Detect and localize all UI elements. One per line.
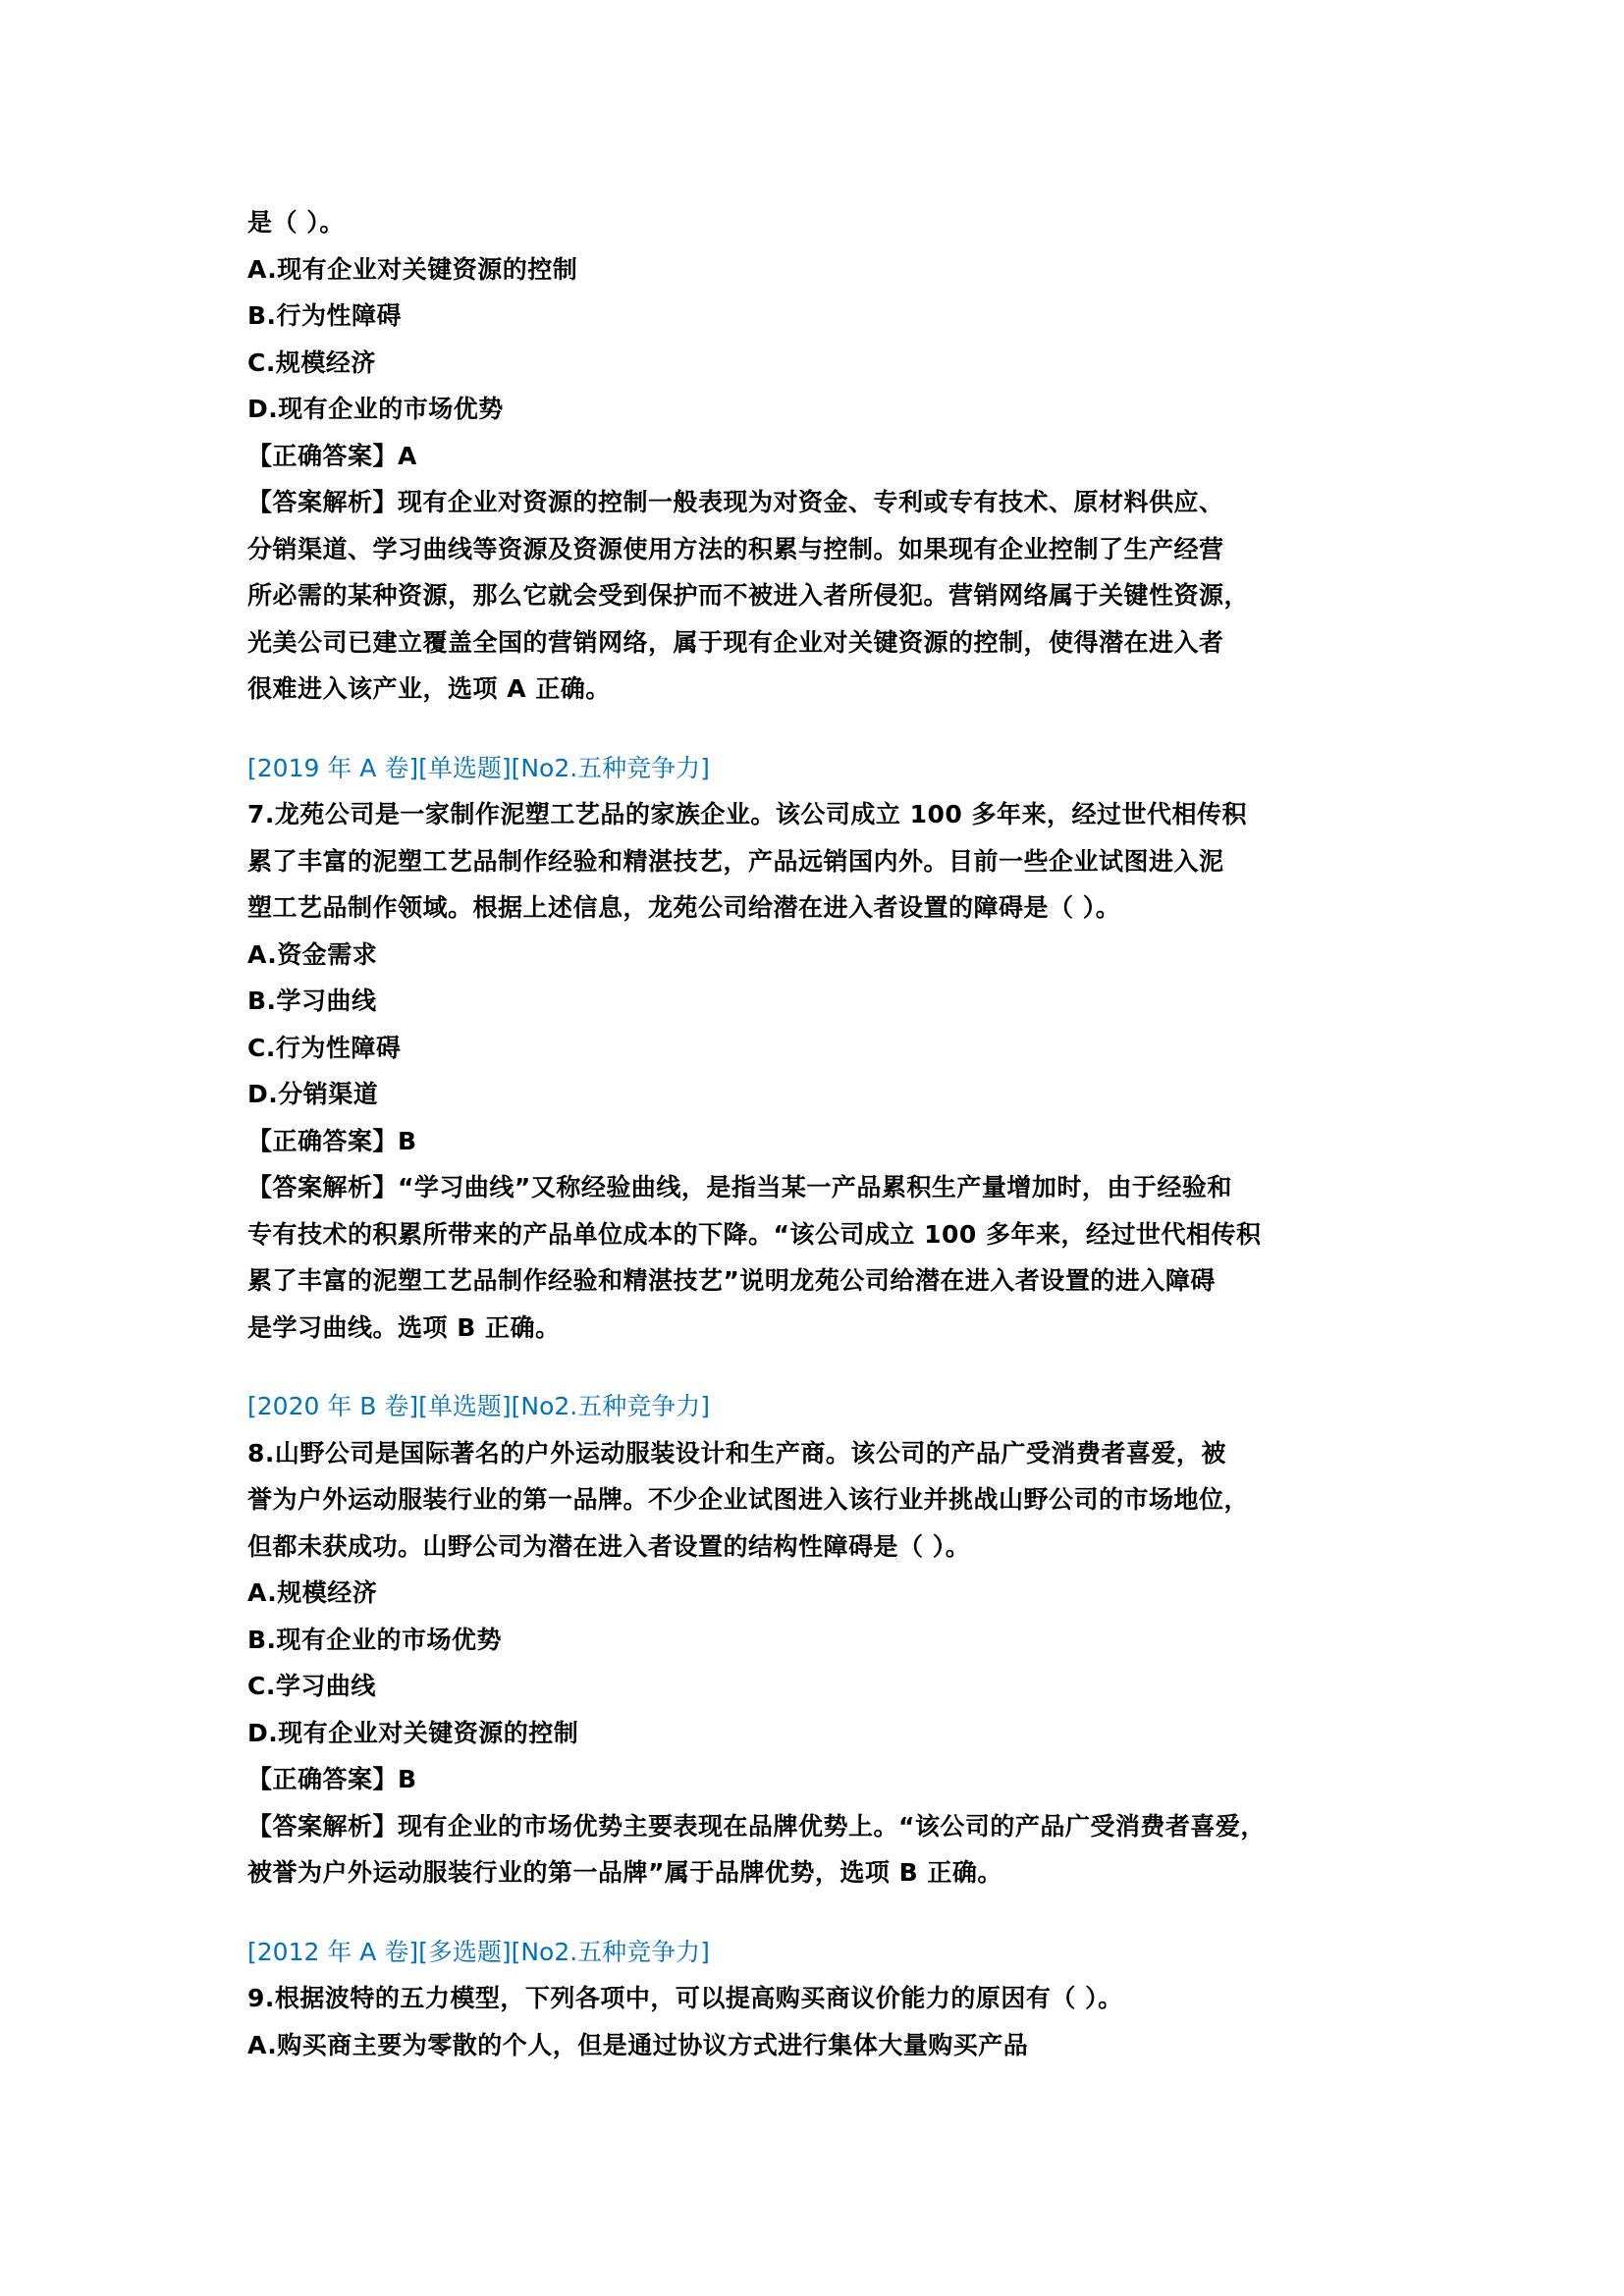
question-9: [2012 年 A 卷][多选题][No2.五种竞争力] 9.根据波特的五力模型…	[247, 1929, 1396, 2069]
question-tag: [2019 年 A 卷][单选题][No2.五种竞争力]	[247, 745, 1396, 792]
option-b: B.行为性障碍	[247, 293, 1396, 340]
spacer	[247, 1351, 1396, 1383]
option-a: A.资金需求	[247, 932, 1396, 979]
document-page: 是（ ）。 A.现有企业对关键资源的控制 B.行为性障碍 C.规模经济 D.现有…	[247, 199, 1396, 2068]
option-d: D.分销渠道	[247, 1071, 1396, 1118]
option-b: B.现有企业的市场优势	[247, 1617, 1396, 1664]
question-stem-line: 7.龙苑公司是一家制作泥塑工艺品的家族企业。该公司成立 100 多年来，经过世代…	[247, 791, 1396, 838]
question-stem-line: 塑工艺品制作领域。根据上述信息，龙苑公司给潜在进入者设置的障碍是（ ）。	[247, 884, 1396, 932]
question-stem-line: 9.根据波特的五力模型，下列各项中，可以提高购买商议价能力的原因有（ ）。	[247, 1975, 1396, 2022]
question-stem-line: 誉为户外运动服装行业的第一品牌。不少企业试图进入该行业并挑战山野公司的市场地位，	[247, 1476, 1396, 1523]
option-d: D.现有企业对关键资源的控制	[247, 1710, 1396, 1757]
question-7: [2019 年 A 卷][单选题][No2.五种竞争力] 7.龙苑公司是一家制作…	[247, 745, 1396, 1352]
option-b: B.学习曲线	[247, 978, 1396, 1025]
question-tag: [2020 年 B 卷][单选题][No2.五种竞争力]	[247, 1383, 1396, 1430]
explanation-line: 专有技术的积累所带来的产品单位成本的下降。“该公司成立 100 多年来，经过世代…	[247, 1211, 1396, 1258]
option-c: C.规模经济	[247, 340, 1396, 387]
explanation-line: 是学习曲线。选项 B 正确。	[247, 1305, 1396, 1352]
option-a: A.购买商主要为零散的个人，但是通过协议方式进行集体大量购买产品	[247, 2022, 1396, 2069]
explanation-line: 光美公司已建立覆盖全国的营销网络，属于现有企业对关键资源的控制，使得潜在进入者	[247, 619, 1396, 667]
question-stem-line: 8.山野公司是国际著名的户外运动服装设计和生产商。该公司的产品广受消费者喜爱，被	[247, 1430, 1396, 1477]
explanation-line: 【答案解析】现有企业的市场优势主要表现在品牌优势上。“该公司的产品广受消费者喜爱…	[247, 1803, 1396, 1850]
question-stem-line: 累了丰富的泥塑工艺品制作经验和精湛技艺，产品远销国内外。目前一些企业试图进入泥	[247, 838, 1396, 885]
question-tag: [2012 年 A 卷][多选题][No2.五种竞争力]	[247, 1929, 1396, 1976]
explanation-line: 很难进入该产业，选项 A 正确。	[247, 666, 1396, 713]
option-a: A.规模经济	[247, 1570, 1396, 1617]
explanation-line: 所必需的某种资源，那么它就会受到保护而不被进入者所侵犯。营销网络属于关键性资源，	[247, 572, 1396, 619]
correct-answer: 【正确答案】B	[247, 1118, 1396, 1165]
option-a: A.现有企业对关键资源的控制	[247, 246, 1396, 294]
question-stem-tail: 是（ ）。	[247, 199, 1396, 246]
option-c: C.行为性障碍	[247, 1025, 1396, 1072]
correct-answer: 【正确答案】A	[247, 433, 1396, 480]
question-8: [2020 年 B 卷][单选题][No2.五种竞争力] 8.山野公司是国际著名…	[247, 1383, 1396, 1896]
explanation-line: 累了丰富的泥塑工艺品制作经验和精湛技艺”说明龙苑公司给潜在进入者设置的进入障碍	[247, 1257, 1396, 1305]
option-d: D.现有企业的市场优势	[247, 386, 1396, 433]
option-c: C.学习曲线	[247, 1663, 1396, 1710]
question-6-continued: 是（ ）。 A.现有企业对关键资源的控制 B.行为性障碍 C.规模经济 D.现有…	[247, 199, 1396, 713]
spacer	[247, 1896, 1396, 1929]
explanation-line: 【答案解析】“学习曲线”又称经验曲线，是指当某一产品累积生产量增加时，由于经验和	[247, 1164, 1396, 1211]
spacer	[247, 713, 1396, 745]
correct-answer: 【正确答案】B	[247, 1756, 1396, 1803]
explanation-line: 分销渠道、学习曲线等资源及资源使用方法的积累与控制。如果现有企业控制了生产经营	[247, 526, 1396, 573]
explanation-line: 被誉为户外运动服装行业的第一品牌”属于品牌优势，选项 B 正确。	[247, 1849, 1396, 1896]
explanation-line: 【答案解析】现有企业对资源的控制一般表现为对资金、专利或专有技术、原材料供应、	[247, 479, 1396, 526]
question-stem-line: 但都未获成功。山野公司为潜在进入者设置的结构性障碍是（ ）。	[247, 1523, 1396, 1571]
